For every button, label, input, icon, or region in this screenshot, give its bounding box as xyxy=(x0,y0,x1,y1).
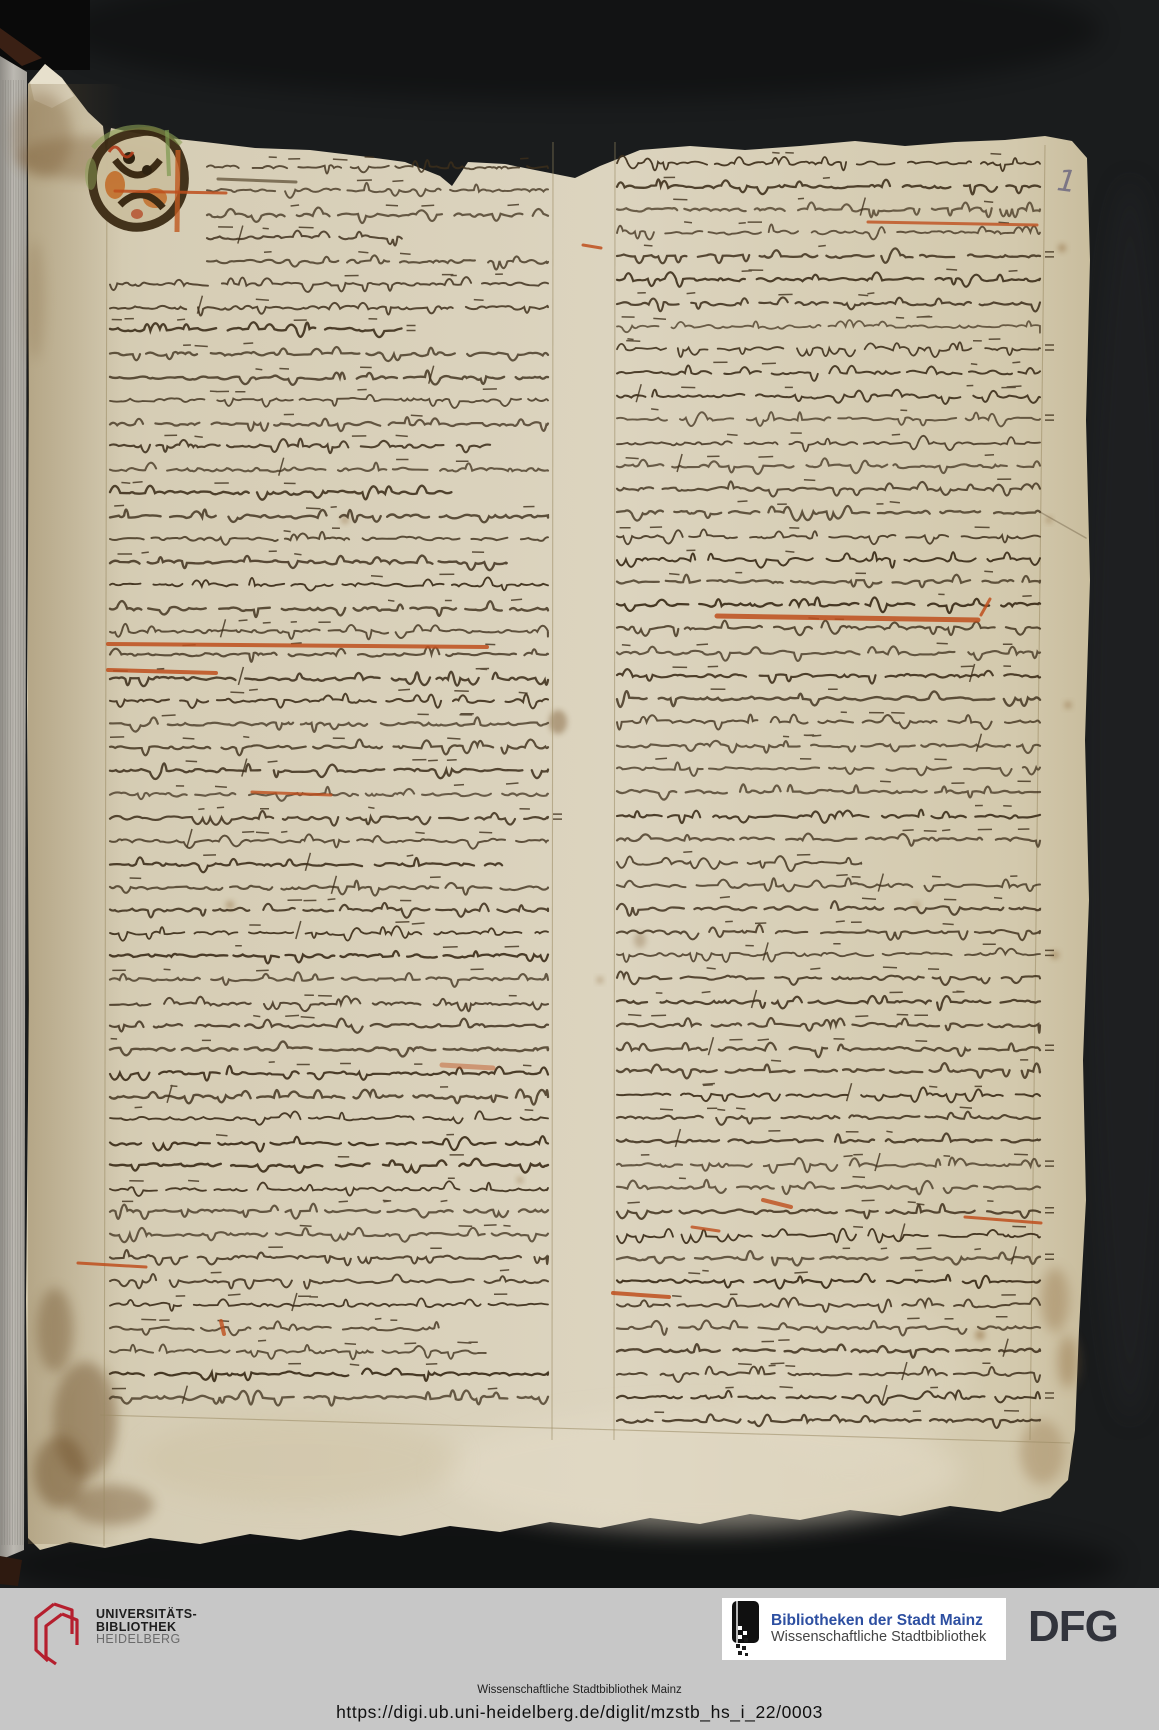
heidelberg-books-icon xyxy=(30,1600,82,1666)
digitized-manuscript-view: 1 UNIVERSITÄTS- BIBLIOTHEK HEIDELBERG xyxy=(0,0,1159,1730)
heidelberg-university-library-logo: UNIVERSITÄTS- BIBLIOTHEK HEIDELBERG xyxy=(30,1600,197,1666)
mainz-library-logo-box: Bibliotheken der Stadt Mainz Wissenschaf… xyxy=(722,1598,1006,1660)
mainz-logo-text: Bibliotheken der Stadt Mainz Wissenschaf… xyxy=(771,1612,986,1646)
source-url: https://digi.ub.uni-heidelberg.de/diglit… xyxy=(0,1702,1159,1723)
ub-line-3: HEIDELBERG xyxy=(96,1633,197,1646)
mainz-line-2: Wissenschaftliche Stadtbibliothek xyxy=(771,1629,986,1646)
ub-line-1: UNIVERSITÄTS- xyxy=(96,1608,197,1621)
library-footer: UNIVERSITÄTS- BIBLIOTHEK HEIDELBERG Bibl… xyxy=(0,1588,1159,1730)
dfg-logo: DFG xyxy=(1028,1602,1118,1652)
heidelberg-logo-text: UNIVERSITÄTS- BIBLIOTHEK HEIDELBERG xyxy=(96,1608,197,1646)
provenance-caption: Wissenschaftliche Stadtbibliothek Mainz xyxy=(0,1684,1159,1696)
mainz-book-icon xyxy=(729,1600,763,1658)
manuscript-photo: 1 xyxy=(0,0,1159,1588)
mainz-line-1: Bibliotheken der Stadt Mainz xyxy=(771,1612,986,1629)
